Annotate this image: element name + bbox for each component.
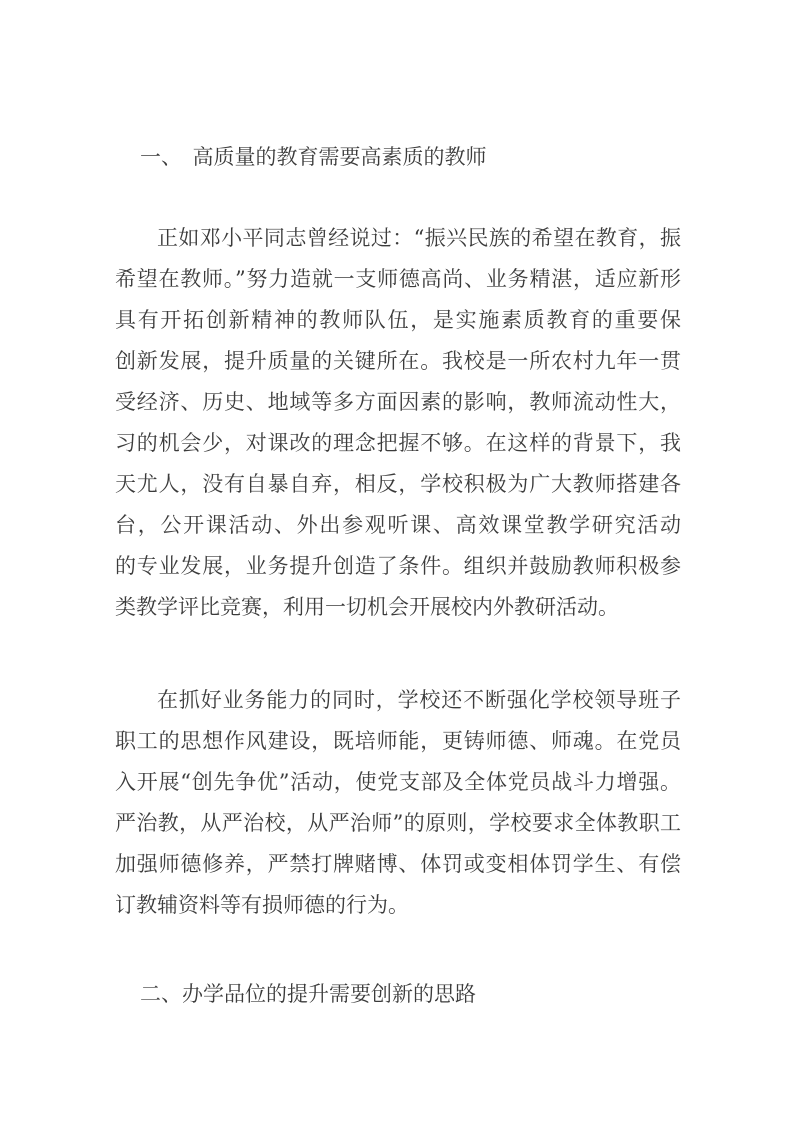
text-line: 入开展“创先争优”活动，使党支部及全体党员战斗力增强。本着“从 xyxy=(115,762,681,803)
text-line: 的专业发展，业务提升创造了条件。组织并鼓励教师积极参加各级各 xyxy=(115,546,681,587)
blank-line xyxy=(115,178,681,218)
document-page: 一、 高质量的教育需要高素质的教师 正如邓小平同志曾经说过：“振兴民族的希望在教… xyxy=(0,0,793,1122)
text-line: 在抓好业务能力的同时，学校还不断强化学校领导班子及全体教 xyxy=(115,680,681,721)
text-line: 具有开拓创新精神的教师队伍，是实施素质教育的重要保证，是学校 xyxy=(115,300,681,341)
text-line: 类教学评比竞赛，利用一切机会开展校内外教研活动。 xyxy=(115,587,681,628)
text-line: 习的机会少，对课改的理念把握不够。在这样的背景下，我们没有怨 xyxy=(115,423,681,464)
text-line: 加强师德修养，严禁打牌赌博、体罚或变相体罚学生、有偿家教和私 xyxy=(115,844,681,885)
section-heading-2: 二、办学品位的提升需要创新的思路 xyxy=(115,974,681,1015)
blank-line xyxy=(115,926,681,974)
text-line: 订教辅资料等有损师德的行为。 xyxy=(115,885,681,926)
text-line: 创新发展，提升质量的关键所在。我校是一所农村九年一贯制学校， xyxy=(115,341,681,382)
document-body: 一、 高质量的教育需要高素质的教师 正如邓小平同志曾经说过：“振兴民族的希望在教… xyxy=(115,137,681,1015)
section-heading-1: 一、 高质量的教育需要高素质的教师 xyxy=(115,137,681,178)
text-line: 天尤人，没有自暴自弃，相反，学校积极为广大教师搭建各种活动平 xyxy=(115,464,681,505)
text-line: 受经济、历史、地域等多方面因素的影响，教师流动性大，又因为学 xyxy=(115,382,681,423)
text-line: 职工的思想作风建设，既培师能，更铸师德、师魂。在党员中广泛深 xyxy=(115,721,681,762)
text-line: 严治教，从严治校，从严治师”的原则，学校要求全体教职工进一步 xyxy=(115,803,681,844)
text-line: 正如邓小平同志曾经说过：“振兴民族的希望在教育，振兴教育的 xyxy=(115,218,681,259)
paragraph-1: 正如邓小平同志曾经说过：“振兴民族的希望在教育，振兴教育的 希望在教师。”努力造… xyxy=(115,218,681,628)
text-line: 台，公开课活动、外出参观听课、高效课堂教学研究活动等，为教师 xyxy=(115,505,681,546)
blank-line xyxy=(115,628,681,680)
paragraph-2: 在抓好业务能力的同时，学校还不断强化学校领导班子及全体教 职工的思想作风建设，既… xyxy=(115,680,681,926)
text-line: 希望在教师。”努力造就一支师德高尚、业务精湛，适应新形势要求， xyxy=(115,259,681,300)
